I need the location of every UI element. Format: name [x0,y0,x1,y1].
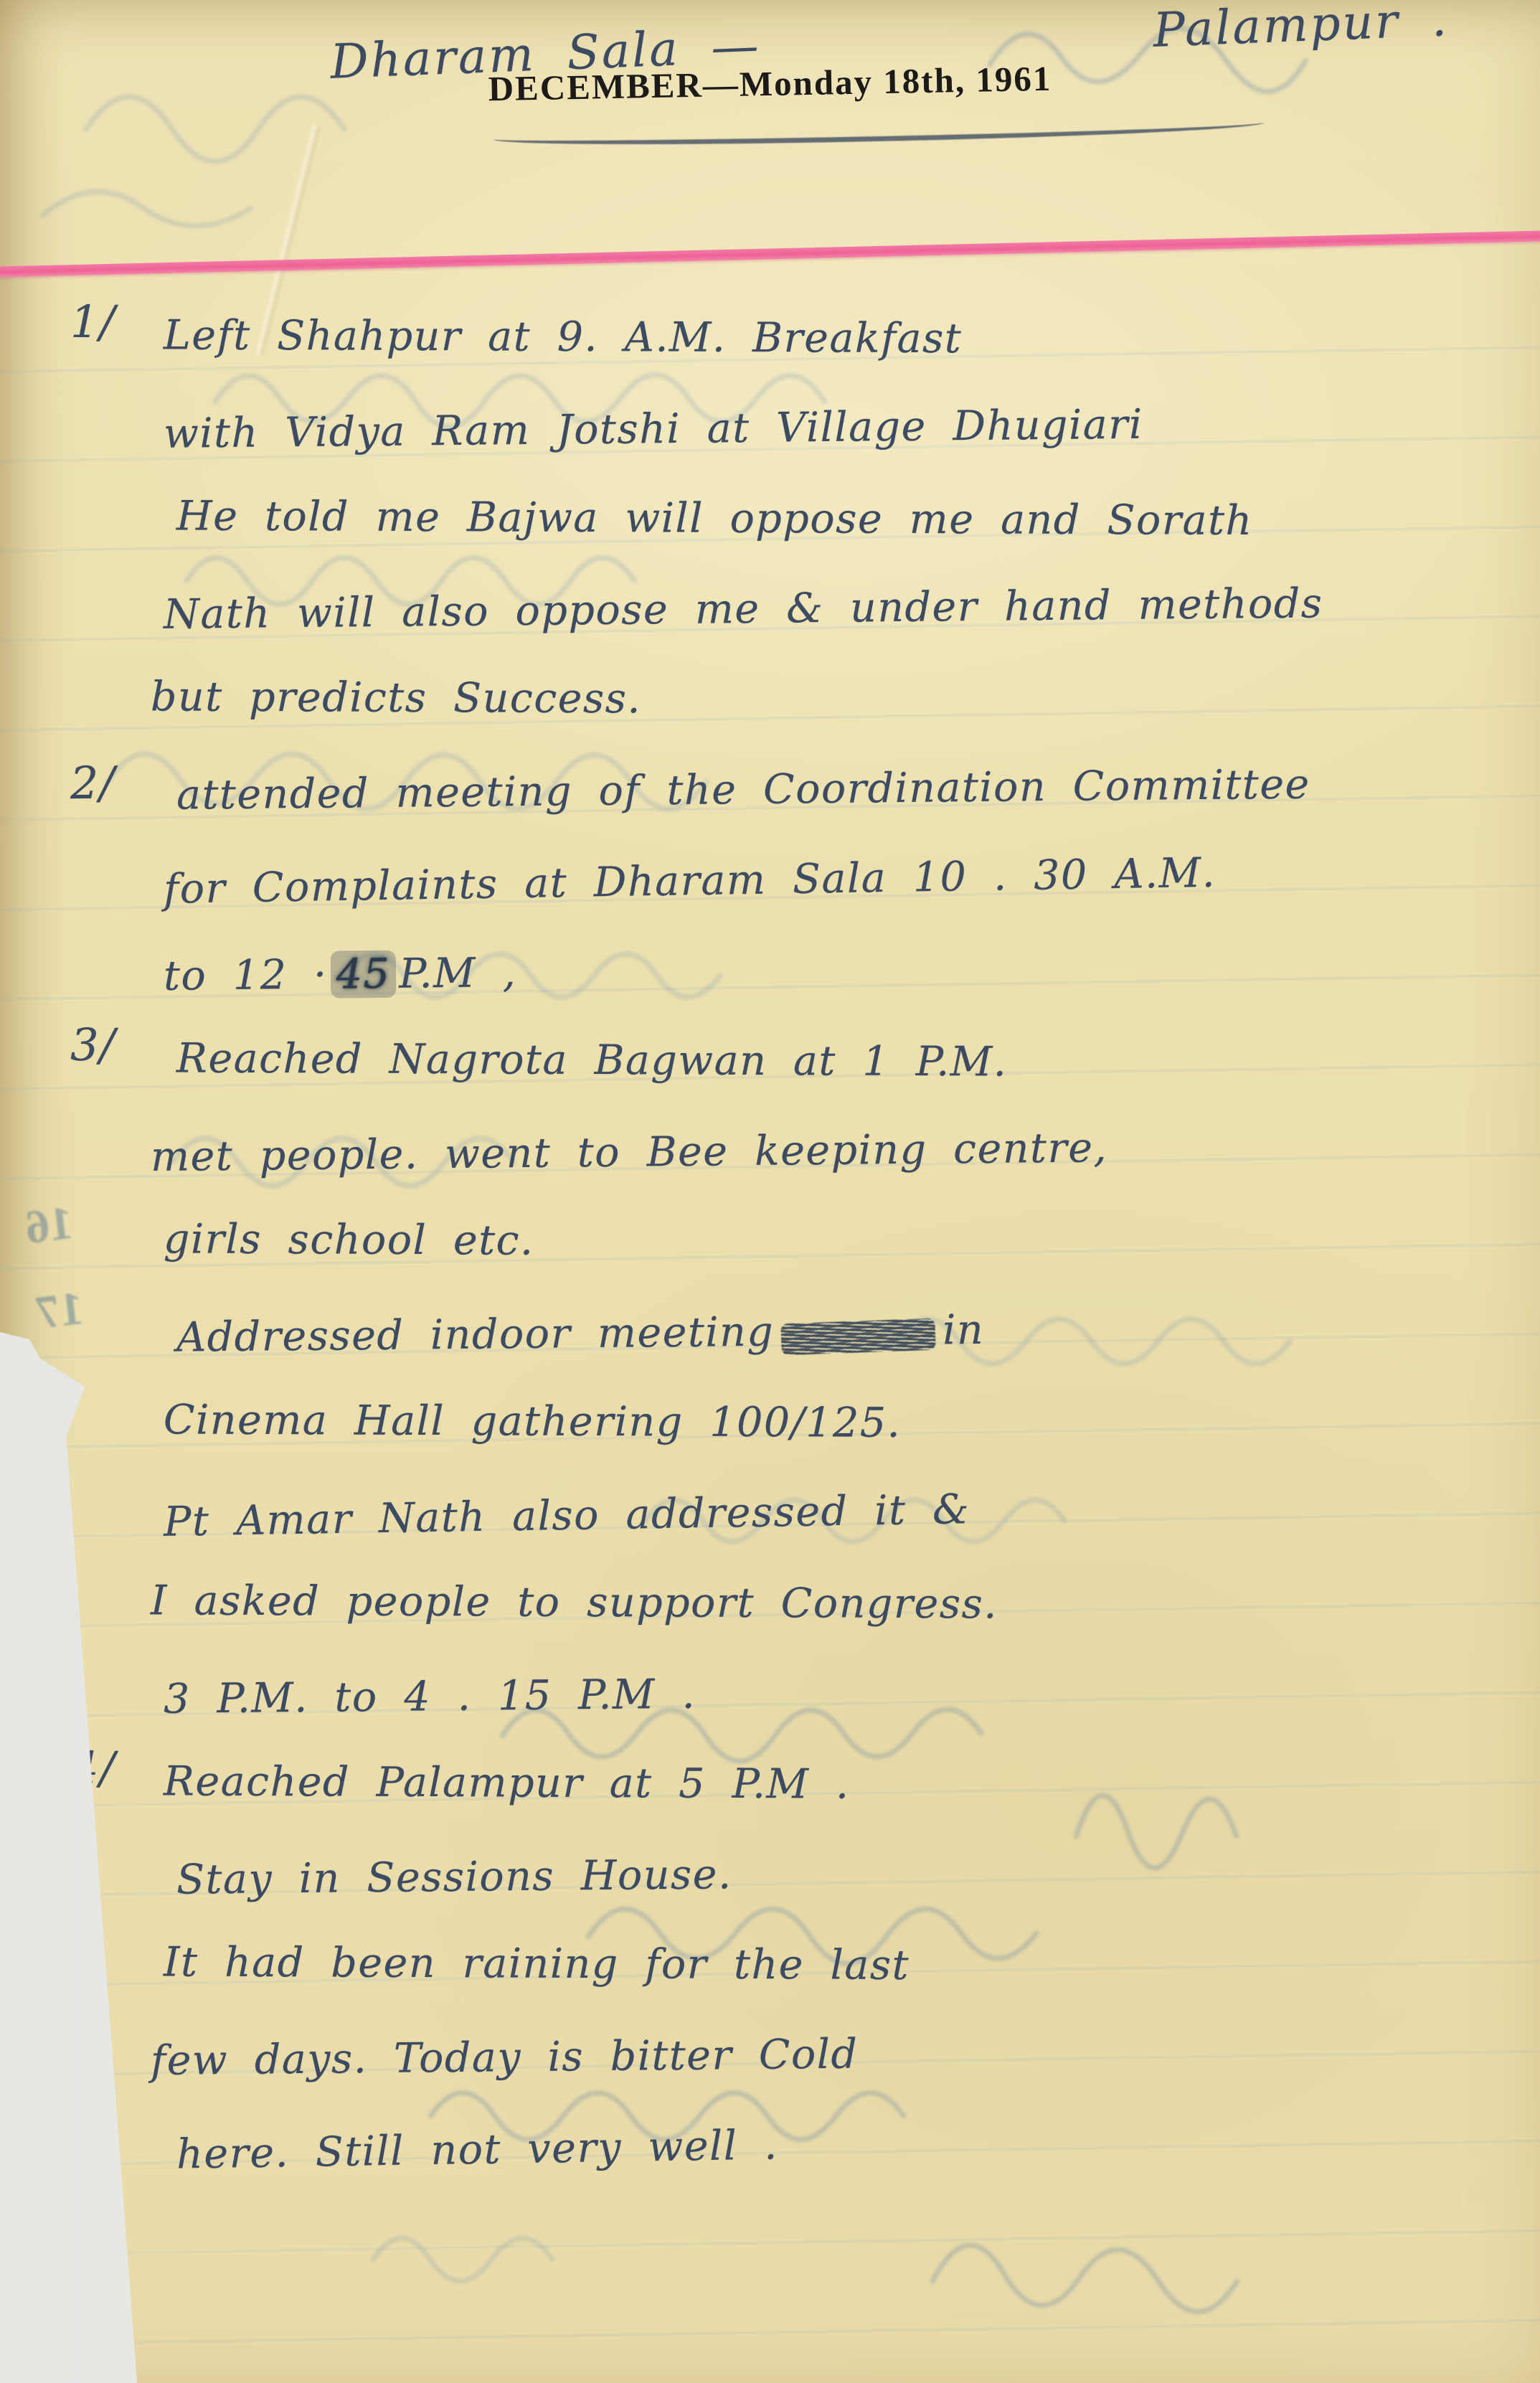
line-text: attended meeting of the Coordination Com… [176,760,1310,818]
diary-line: girls school etc. [0,1193,1499,1290]
pink-header-rule [0,230,1540,278]
diary-line: Stay in Sessions House. [0,1822,1500,1927]
diary-line: Nath will also oppose me & under hand me… [0,557,1500,661]
diary-line: to 12 · 45 P.M , [0,918,1500,1023]
line-text: to 12 · [164,951,328,1000]
diary-line: 3 P.M. to 4 . 15 P.M . [0,1641,1500,1746]
line-text: Cinema Hall gathering 100/125. [164,1396,902,1446]
line-text: few days. Today is bitter Cold [151,2031,859,2085]
diary-line: 4/Reached Palampur at 5 P.M . [0,1735,1499,1832]
item-number: 1/ [70,296,116,348]
diary-page-scan: DECEMBER—Monday 18th, 1961 Dharam Sala —… [0,0,1540,2383]
line-text: Reached Palampur at 5 P.M . [164,1757,850,1808]
diary-body: 1/Left Shahpur at 9. A.M. Breakfastwith … [0,293,1499,2191]
line-text: but predicts Success. [151,673,641,722]
diary-line: 3/Reached Nagrota Bagwan at 1 P.M. [0,1012,1499,1109]
line-text: met people. went to Bee keeping centre, [151,1124,1108,1181]
diary-line: 1/Left Shahpur at 9. A.M. Breakfast [0,289,1499,386]
line-text: Pt Amar Nath also addressed it & [164,1486,970,1546]
diary-line: He told me Bajwa will oppose me and Sora… [0,470,1499,567]
scribbled-out-word [781,1318,936,1356]
line-text: in [943,1306,985,1354]
blotted-text: 45 [330,950,396,999]
diary-line: Cinema Hall gathering 100/125. [0,1374,1499,1471]
line-text: Addressed indoor meeting [176,1308,775,1362]
item-number: 3/ [70,1019,116,1071]
diary-line: met people. went to Bee keeping centre, [0,1099,1500,1204]
line-text: girls school etc. [164,1215,534,1264]
diary-paper: DECEMBER—Monday 18th, 1961 Dharam Sala —… [0,0,1540,2383]
line-text: Nath will also oppose me & under hand me… [164,580,1323,638]
diary-line: Addressed indoor meeting in [0,1280,1500,1384]
item-number: 4/ [70,1742,116,1794]
line-text: It had been raining for the last [164,1938,910,1989]
diary-line: It had been raining for the last [0,1916,1499,2013]
line-text: for Complaints at Dharam Sala 10 . 30 A.… [164,849,1217,913]
diary-line: but predicts Success. [0,651,1499,747]
diary-line: Pt Amar Nath also addressed it & [0,1456,1500,1570]
diary-line: I asked people to support Congress. [0,1554,1499,1651]
line-text: with Vidya Ram Jotshi at Village Dhugiar… [164,401,1143,458]
line-text: Reached Nagrota Bagwan at 1 P.M. [176,1035,1008,1086]
item-number: 2/ [70,756,116,809]
line-text: I asked people to support Congress. [151,1577,998,1628]
title-place-right: Palampur . [1152,0,1450,58]
line-text: He told me Bajwa will oppose me and Sora… [176,493,1253,545]
line-text: 3 P.M. to 4 . 15 P.M . [164,1671,696,1723]
diary-line: with Vidya Ram Jotshi at Village Dhugiar… [0,376,1500,481]
line-text: P.M , [399,949,517,998]
title-underline-flourish [493,113,1265,149]
line-text: Stay in Sessions House. [176,1851,732,1903]
line-text: here. Still not very well . [176,2121,779,2178]
diary-line: here. Still not very well . [0,2089,1500,2203]
line-text: Left Shahpur at 9. A.M. Breakfast [164,311,963,362]
